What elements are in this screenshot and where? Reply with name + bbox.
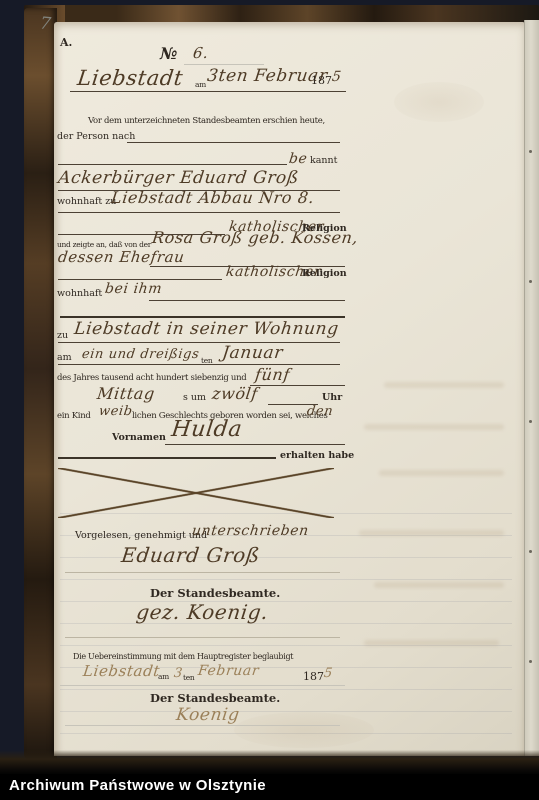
mother-relation: dessen Ehefrau (57, 248, 186, 266)
declarant-residence: Liebstadt Abbau Nro 8. (110, 188, 316, 207)
cancellation-cross (58, 468, 334, 518)
religion2-label: Religion (302, 268, 347, 279)
birth-day-written: ein und dreißigs (81, 347, 200, 362)
unterschrieben-written: unterschrieben (191, 523, 310, 539)
entry-underline (127, 142, 340, 143)
s-um-label: s um (183, 392, 206, 403)
ink-bleed-through (364, 424, 504, 430)
year-line-label: des Jahres tausend acht hundert siebenzi… (57, 373, 246, 383)
child-sex-written: weib (98, 404, 134, 419)
year-printed: 187 (311, 74, 332, 87)
archive-watermark-bar: Archiwum Państwowe w Olsztynie (0, 774, 539, 800)
entry-underline (184, 64, 264, 65)
stitch-mark (529, 150, 532, 153)
entry-underline (58, 342, 340, 343)
am2-label: am (57, 352, 72, 363)
year-written: 5 (331, 69, 342, 85)
entry-underline (58, 164, 287, 165)
section-letter: A. (60, 36, 72, 49)
cert-year-printed: 187 (303, 670, 324, 683)
ink-bleed-through (359, 530, 504, 536)
stitch-mark (529, 660, 532, 663)
book-binding-top-edge (24, 5, 539, 22)
adjacent-page-edge (524, 20, 539, 756)
ink-bleed-through (374, 582, 504, 588)
cert-ten-label: ten (183, 673, 194, 682)
pencil-folio-number: 7 (39, 13, 52, 34)
birth-month-written: Januar (221, 343, 284, 363)
daytime-written: Mittag (96, 384, 156, 403)
certification-label: Die Uebereinstimmung mit dem Hauptregist… (73, 652, 293, 661)
vorgelesen-label: Vorgelesen, genehmigt und (75, 530, 207, 541)
year-word-written: fünf (254, 365, 291, 384)
record-number-label: № (160, 44, 177, 63)
child-line1-label: ein Kind (57, 411, 91, 421)
wohnhaft-label: wohnhaft (57, 288, 102, 299)
entry-underline (70, 91, 346, 92)
wohnhaft-written: bei ihm (104, 281, 163, 297)
cert-year-written: 5 (323, 666, 334, 681)
archive-watermark-text: Archiwum Państwowe w Olsztynie (9, 777, 266, 794)
cert-am-label: am (158, 672, 169, 681)
stitch-mark (529, 420, 532, 423)
ink-bleed-through (364, 640, 499, 646)
bekannt-written: be (288, 151, 308, 167)
entry-underline (60, 685, 345, 686)
archival-document-scan: A. № 6. Liebstadt am 3ten Februar 187 5 … (0, 0, 539, 800)
declarant-signature: Eduard Groß (120, 543, 261, 567)
registrar-signature-1: gez. Koenig. (135, 600, 270, 624)
record-number-value: 6. (192, 44, 210, 62)
fill-line (58, 457, 276, 459)
mother-name: Rosa Groß geb. Kossen, (151, 228, 359, 247)
faint-rule (65, 572, 340, 573)
dateline-place: Liebstadt (76, 66, 185, 90)
faint-rule (65, 725, 340, 726)
stitch-mark (529, 280, 532, 283)
child-den-written: den (306, 404, 334, 419)
am-label: am (195, 80, 206, 89)
entry-underline (58, 364, 340, 365)
registrar-signature-2: Koenig (175, 705, 241, 725)
faint-rule (65, 637, 340, 638)
stitch-mark (529, 550, 532, 553)
bekannt-printed: kannt (310, 155, 337, 166)
person-nach-label: der Person nach (57, 131, 135, 142)
book-bottom-edge (0, 750, 539, 776)
registrar-title-2: Der Standesbeamte. (150, 691, 280, 705)
register-page: A. № 6. Liebstadt am 3ten Februar 187 5 … (54, 22, 524, 756)
intro-line: Vor dem unterzeichneten Standesbeamten e… (88, 116, 325, 126)
entry-underline (165, 444, 345, 445)
child-name-written: Hulda (170, 417, 244, 442)
entry-underline (58, 212, 340, 213)
cert-place-written: Liebstadt (82, 662, 161, 680)
entry-underline (250, 385, 345, 386)
ink-bleed-through (379, 470, 504, 476)
paper-stain (234, 712, 374, 748)
vornamen-label: Vornamen (112, 432, 166, 443)
cert-month-written: Februar (197, 663, 260, 679)
wohnhaft-zu-label: wohnhaft zu (57, 196, 116, 207)
book-binding-spine (24, 8, 57, 760)
registrar-title-1: Der Standesbeamte. (150, 586, 280, 600)
zu-label: zu (57, 330, 68, 341)
declarant-name: Ackerbürger Eduard Groß (57, 168, 300, 188)
entry-underline (58, 279, 222, 280)
entry-underline (149, 300, 345, 301)
erhalten-label: erhalten habe (280, 450, 354, 461)
paper-stain (394, 82, 484, 122)
uhr-label: Uhr (322, 392, 342, 403)
ink-bleed-through (384, 382, 504, 388)
birth-place-written: Liebstadt in seiner Wohnung (73, 319, 340, 339)
hour-written: zwölf (211, 384, 259, 403)
section-divider-line (60, 316, 345, 318)
